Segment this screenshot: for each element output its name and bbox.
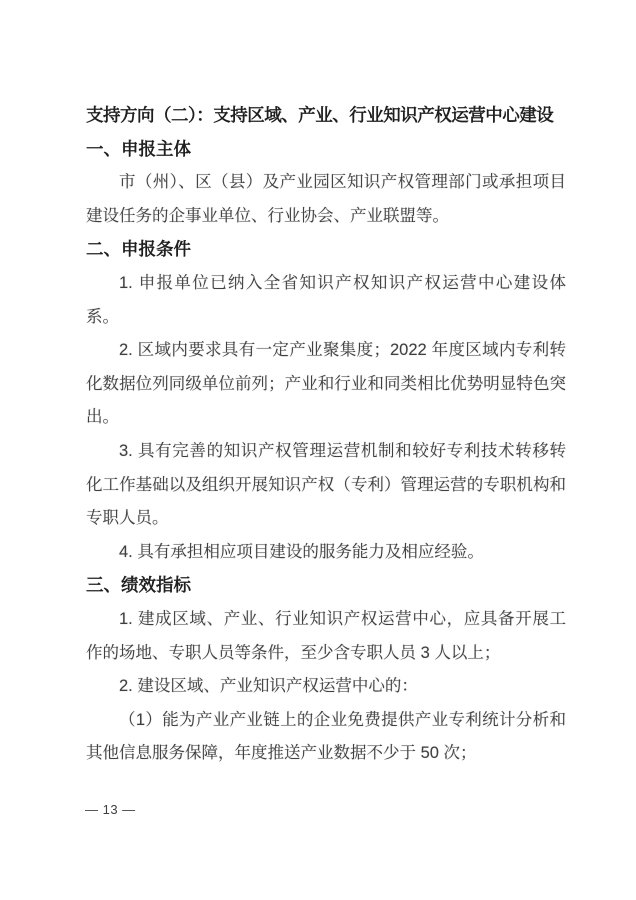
paragraph-indicator-2: 2. 建设区域、产业知识产权运营中心的：	[86, 670, 566, 704]
page-number: — 13 —	[85, 802, 136, 817]
section-heading-application-conditions: 二、申报条件	[86, 233, 566, 267]
document-content: 支持方向（二）：支持区域、产业、行业知识产权运营中心建设 一、申报主体 市（州）…	[86, 99, 566, 771]
paragraph-condition-1: 1. 申报单位已纳入全省知识产权知识产权运营中心建设体系。	[86, 267, 566, 334]
paragraph-condition-3: 3. 具有完善的知识产权管理运营机制和较好专利技术转移转化工作基础以及组织开展知…	[86, 435, 566, 536]
section-heading-performance-indicators: 三、绩效指标	[86, 569, 566, 603]
document-title: 支持方向（二）：支持区域、产业、行业知识产权运营中心建设	[86, 99, 566, 133]
paragraph-indicator-2-sub-1: （1）能为产业产业链上的企业免费提供产业专利统计分析和其他信息服务保障，年度推送…	[86, 704, 566, 771]
document-page: 支持方向（二）：支持区域、产业、行业知识产权运营中心建设 一、申报主体 市（州）…	[0, 0, 636, 900]
paragraph-indicator-1: 1. 建成区域、产业、行业知识产权运营中心，应具备开展工作的场地、专职人员等条件…	[86, 603, 566, 670]
paragraph-application-subject: 市（州）、区（县）及产业园区知识产权管理部门或承担项目建设任务的企事业单位、行业…	[86, 166, 566, 233]
paragraph-condition-2: 2. 区域内要求具有一定产业聚集度；2022 年度区域内专利转化数据位列同级单位…	[86, 334, 566, 435]
section-heading-application-subject: 一、申报主体	[86, 133, 566, 167]
paragraph-condition-4: 4. 具有承担相应项目建设的服务能力及相应经验。	[86, 536, 566, 570]
